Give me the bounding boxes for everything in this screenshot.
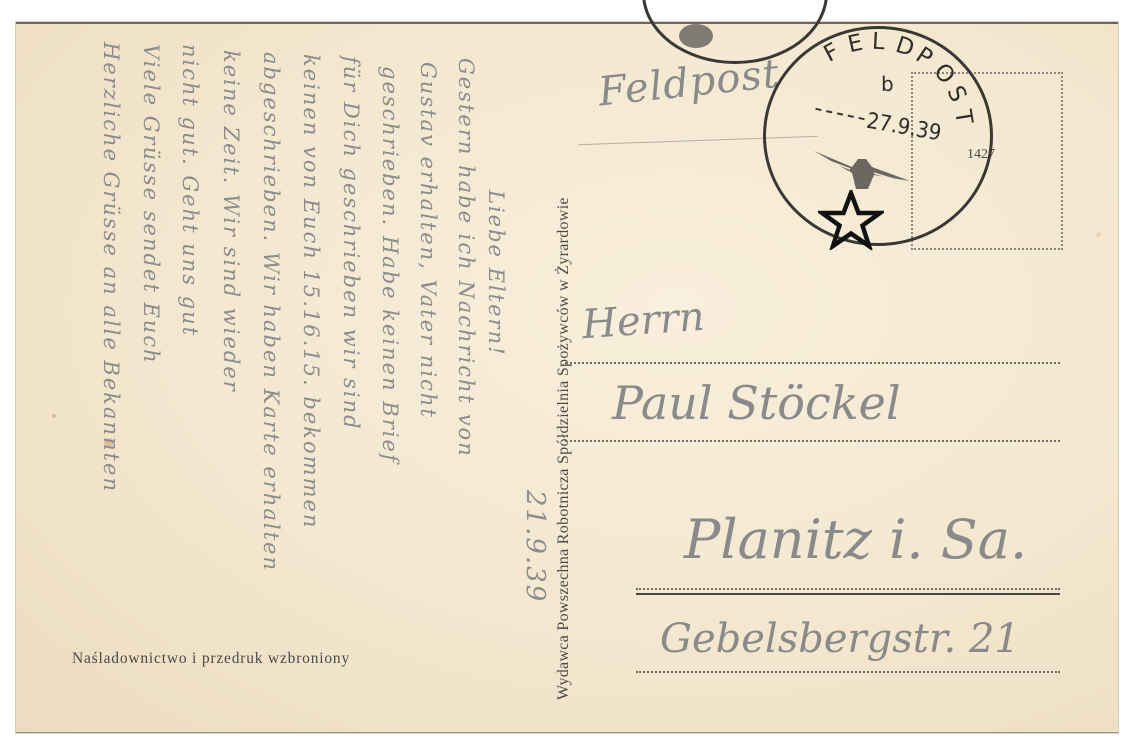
address-line-4 [636, 671, 1060, 673]
message-line: Herzliche Grüsse an alle Bekannten [99, 42, 123, 493]
postmark-emblem-placeholder [679, 24, 713, 48]
message-line: Viele Grüsse sendet Euch [139, 44, 163, 365]
publisher-imprint: Wydawca Powszechna Robotnicza Spółdzieln… [555, 197, 573, 700]
address-line-3 [636, 588, 1060, 590]
star-outline-icon [818, 190, 884, 250]
message-line: nicht gut. Geht uns gut [178, 44, 202, 337]
message-line: Gustav erhalten, Vater nicht [416, 62, 440, 419]
address-underline [636, 593, 1060, 595]
message-line: keinen von Euch 15.16.15. bekommen [299, 54, 323, 529]
address-recipient-title: Herrn [581, 294, 706, 348]
copyright-notice: Naśladownictwo i przedruk wzbroniony [72, 650, 350, 668]
handwritten-message: Liebe Eltern! 21.9.39 Gestern habe ich N… [30, 20, 510, 710]
postmark-letter-char: L [871, 29, 885, 56]
address-line-2 [565, 440, 1060, 442]
stain [1096, 232, 1101, 237]
address-line-1 [565, 362, 1060, 364]
message-line: abgeschrieben. Wir haben Karte erhalten [259, 52, 283, 572]
eagle-emblem-icon [812, 145, 912, 195]
message-line: für Dich geschrieben wir sind [339, 56, 363, 431]
message-line: geschrieben. Habe keinen Brief [378, 66, 402, 464]
message-line: Liebe Eltern! [484, 190, 508, 357]
message-line: keine Zeit. Wir sind wieder [219, 50, 243, 393]
address-city: Planitz i. Sa. [684, 508, 1027, 571]
address-recipient-name: Paul Stöckel [612, 376, 901, 430]
address-street: Gebelsbergstr. 21 [660, 616, 1020, 662]
postmark-letter: b [881, 72, 894, 96]
message-date: 21.9.39 [520, 490, 550, 603]
message-line: Gestern habe ich Nachricht von [454, 58, 478, 458]
